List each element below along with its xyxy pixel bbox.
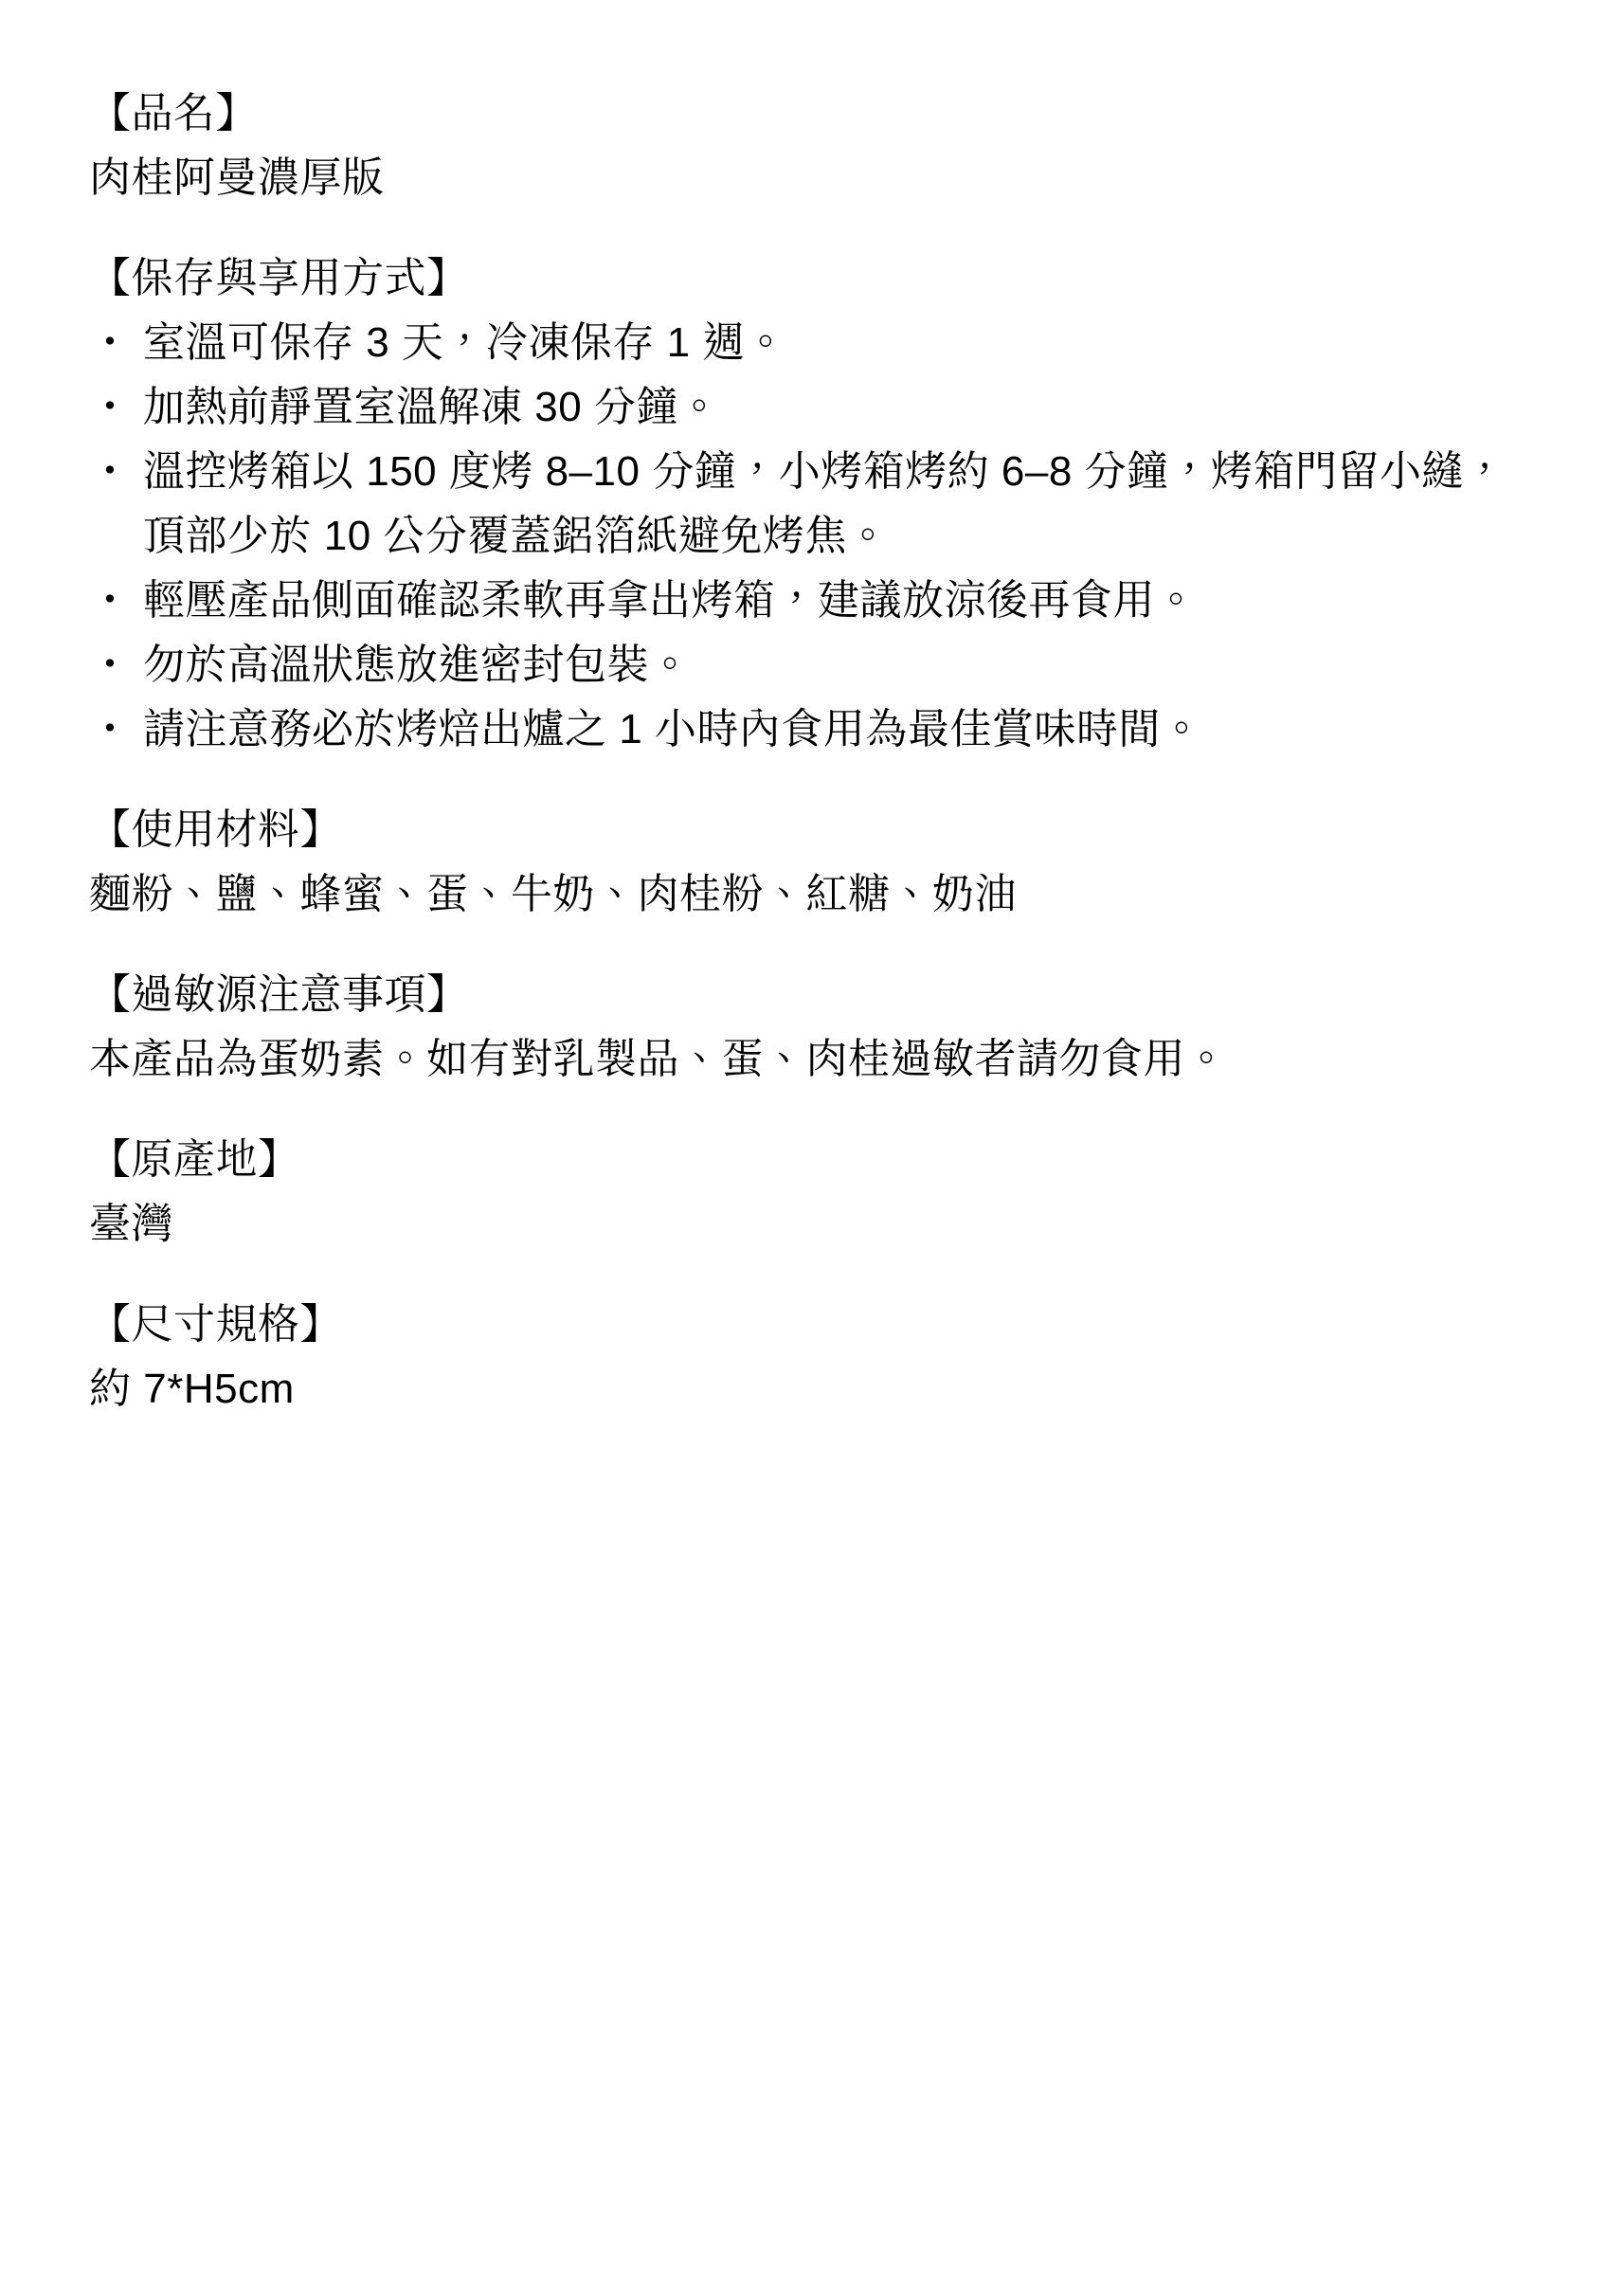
section-header: 【品名】 <box>89 81 1571 146</box>
bullet-item: ・ 室溫可保存 3 天，冷凍保存 1 週。 <box>89 311 1571 375</box>
origin-text: 臺灣 <box>89 1192 1571 1257</box>
section-ingredients: 【使用材料】 麵粉、鹽、蜂蜜、蛋、牛奶、肉桂粉、紅糖、奶油 <box>89 798 1571 927</box>
section-header: 【使用材料】 <box>89 798 1571 862</box>
bullet-text: 勿於高溫狀態放進密封包裝。 <box>143 633 1571 697</box>
bullet-item: ・ 輕壓產品側面確認柔軟再拿出烤箱，建議放涼後再食用。 <box>89 569 1571 633</box>
bullet-text: 溫控烤箱以 150 度烤 8–10 分鐘，小烤箱烤約 6–8 分鐘，烤箱門留小縫… <box>143 440 1571 569</box>
section-header: 【尺寸規格】 <box>89 1293 1571 1357</box>
dimensions-text: 約 7*H5cm <box>89 1357 1571 1422</box>
bullet-dot-icon: ・ <box>89 440 143 504</box>
bullet-dot-icon: ・ <box>89 311 143 375</box>
bullet-dot-icon: ・ <box>89 569 143 633</box>
section-header: 【原產地】 <box>89 1128 1571 1192</box>
bullet-dot-icon: ・ <box>89 697 143 762</box>
bullet-dot-icon: ・ <box>89 375 143 440</box>
section-header: 【保存與享用方式】 <box>89 246 1571 311</box>
bullet-item: ・ 勿於高溫狀態放進密封包裝。 <box>89 633 1571 697</box>
product-info-page: 【品名】 肉桂阿曼濃厚版 【保存與享用方式】 ・ 室溫可保存 3 天，冷凍保存 … <box>0 0 1624 2282</box>
bullet-item: ・ 溫控烤箱以 150 度烤 8–10 分鐘，小烤箱烤約 6–8 分鐘，烤箱門留… <box>89 440 1571 569</box>
ingredients-text: 麵粉、鹽、蜂蜜、蛋、牛奶、肉桂粉、紅糖、奶油 <box>89 862 1571 927</box>
product-name-text: 肉桂阿曼濃厚版 <box>89 146 1571 210</box>
section-product-name: 【品名】 肉桂阿曼濃厚版 <box>89 81 1571 210</box>
bullet-text: 室溫可保存 3 天，冷凍保存 1 週。 <box>143 311 1571 375</box>
bullet-item: ・ 加熱前靜置室溫解凍 30 分鐘。 <box>89 375 1571 440</box>
bullet-dot-icon: ・ <box>89 633 143 697</box>
section-storage-serving: 【保存與享用方式】 ・ 室溫可保存 3 天，冷凍保存 1 週。 ・ 加熱前靜置室… <box>89 246 1571 762</box>
section-dimensions: 【尺寸規格】 約 7*H5cm <box>89 1293 1571 1422</box>
allergen-text: 本產品為蛋奶素。如有對乳製品、蛋、肉桂過敏者請勿食用。 <box>89 1027 1571 1092</box>
bullet-text: 加熱前靜置室溫解凍 30 分鐘。 <box>143 375 1571 440</box>
bullet-text: 輕壓產品側面確認柔軟再拿出烤箱，建議放涼後再食用。 <box>143 569 1571 633</box>
section-allergen-notice: 【過敏源注意事項】 本產品為蛋奶素。如有對乳製品、蛋、肉桂過敏者請勿食用。 <box>89 963 1571 1092</box>
section-header: 【過敏源注意事項】 <box>89 963 1571 1027</box>
section-origin: 【原產地】 臺灣 <box>89 1128 1571 1257</box>
bullet-list: ・ 室溫可保存 3 天，冷凍保存 1 週。 ・ 加熱前靜置室溫解凍 30 分鐘。… <box>89 311 1571 762</box>
bullet-text: 請注意務必於烤焙出爐之 1 小時內食用為最佳賞味時間。 <box>143 697 1571 762</box>
bullet-item: ・ 請注意務必於烤焙出爐之 1 小時內食用為最佳賞味時間。 <box>89 697 1571 762</box>
